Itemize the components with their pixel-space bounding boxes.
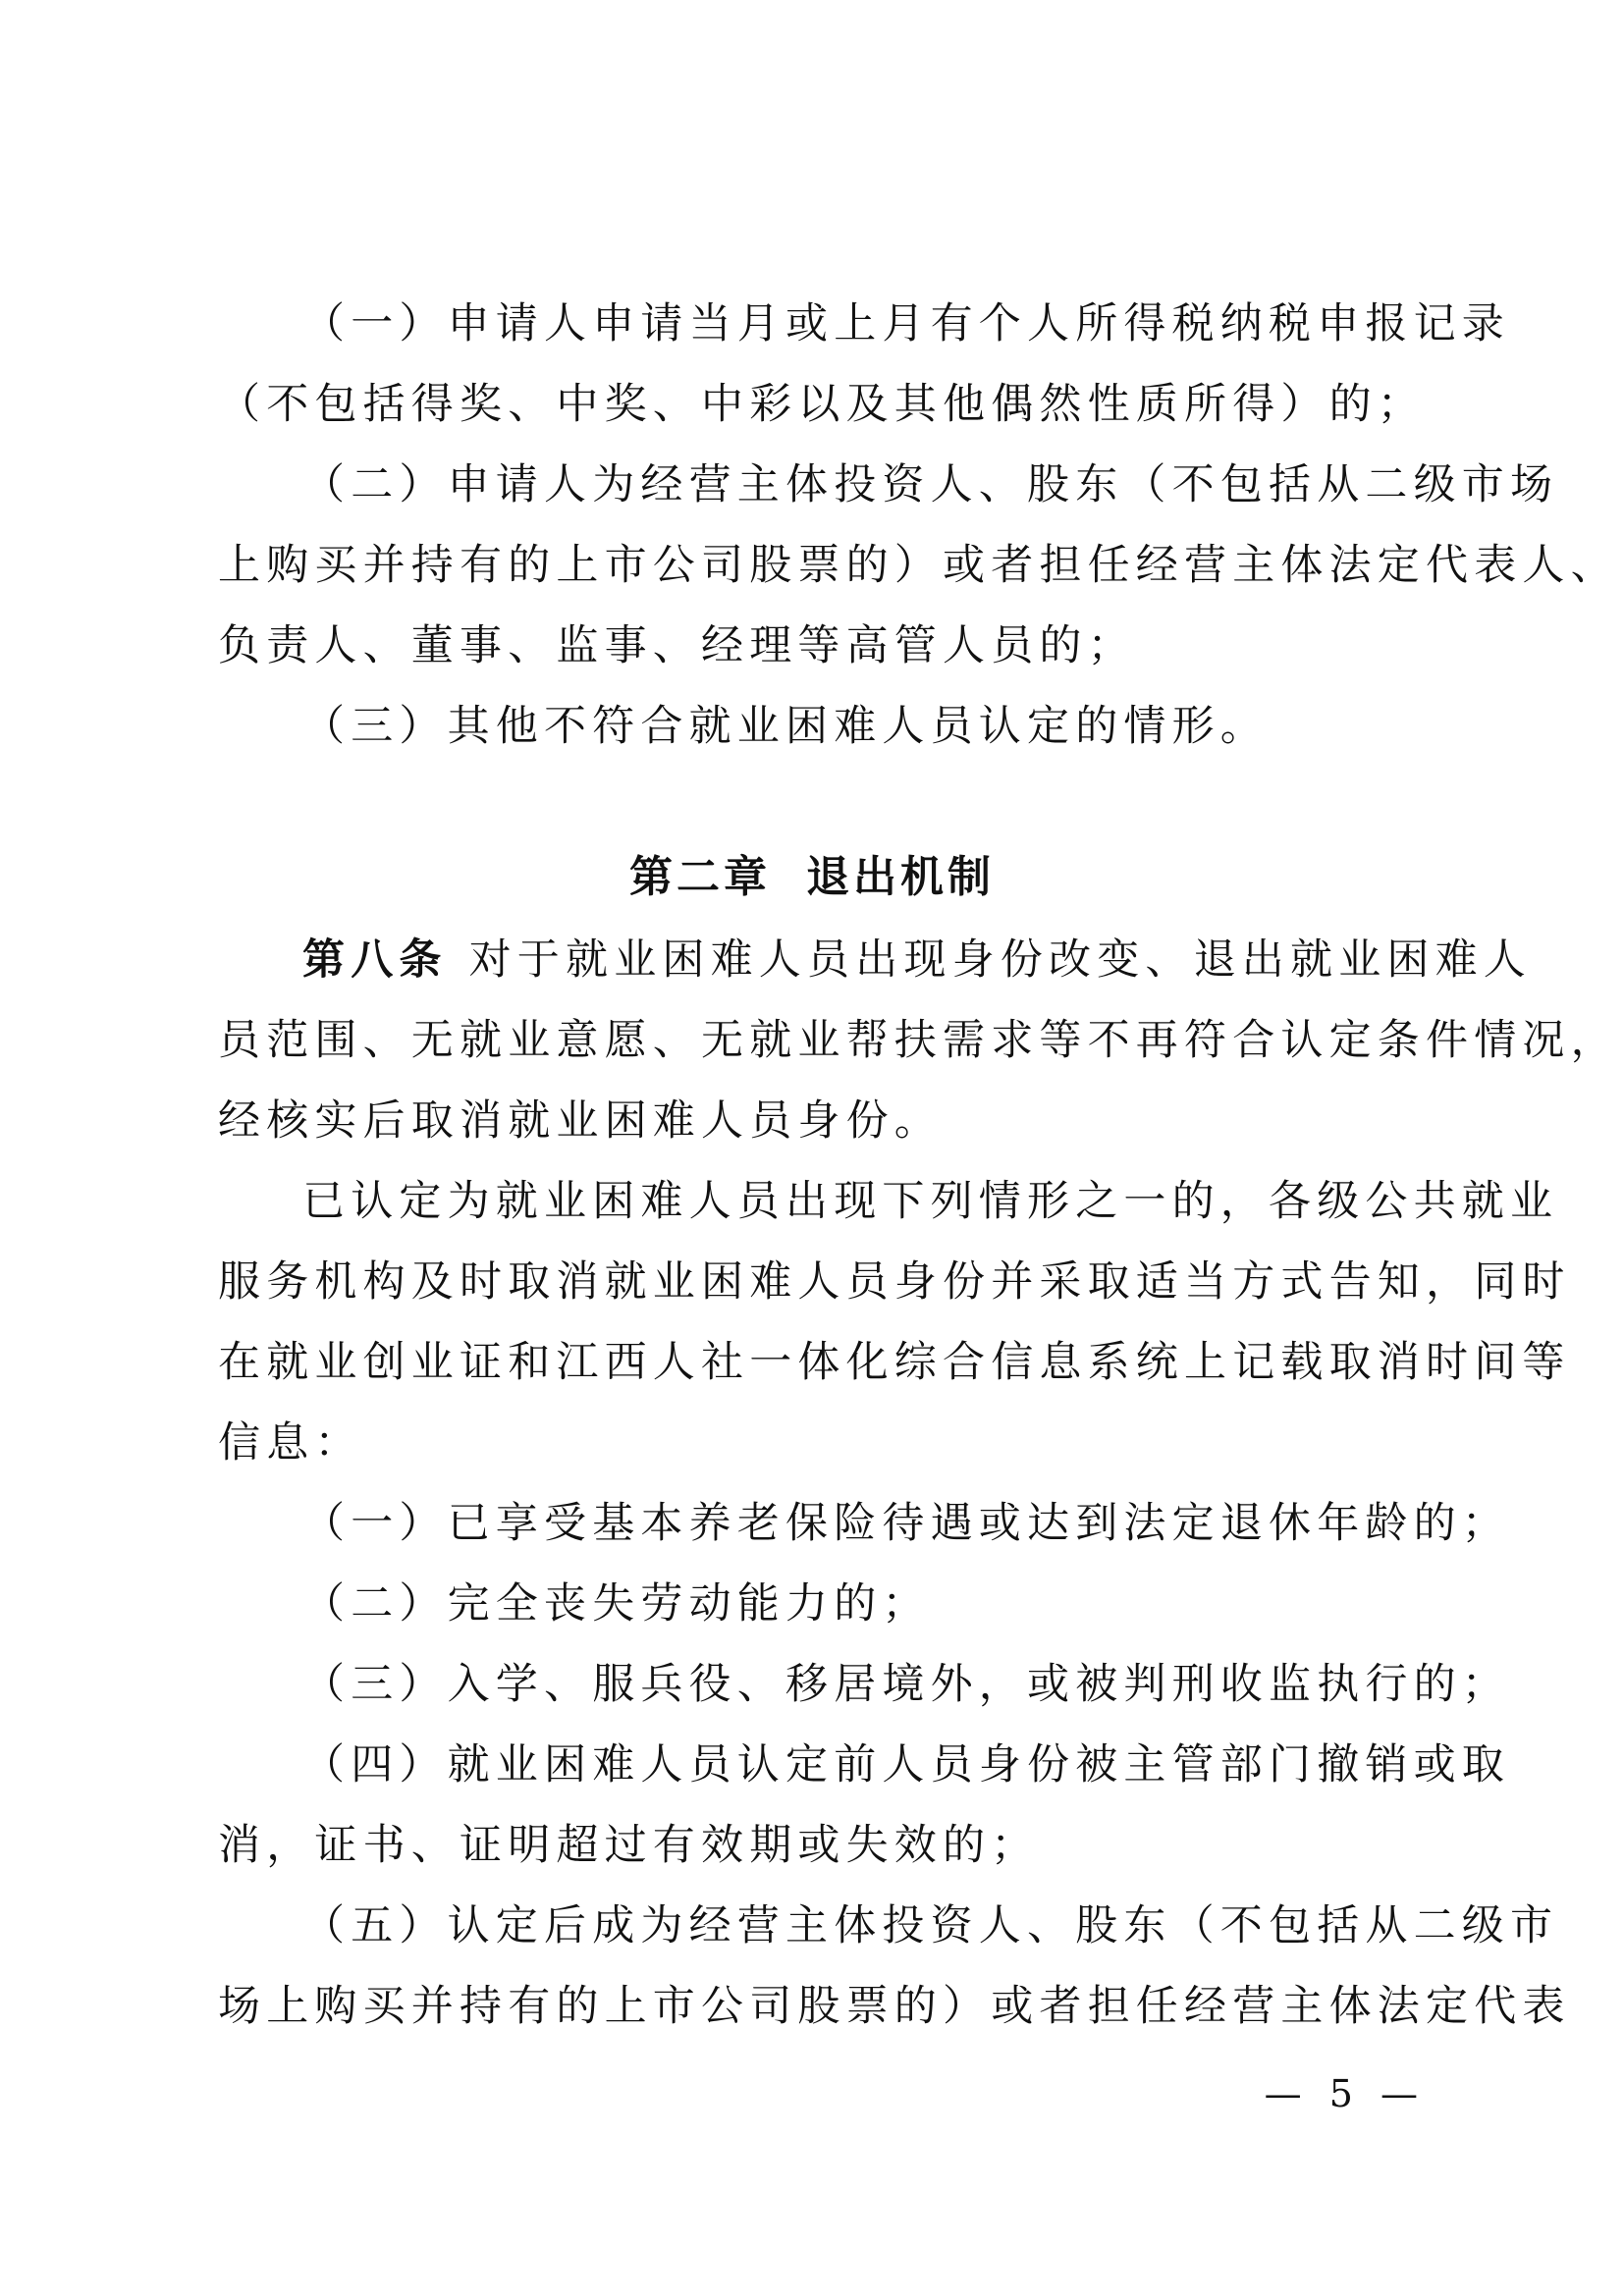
item-3: （三）入学、服兵役、移居境外，或被判刑收监执行的； <box>302 1655 1426 1714</box>
article-8-text: 对于就业困难人员出现身份改变、退出就业困难人 <box>469 935 1532 985</box>
clause-2-line-1: （二）申请人为经营主体投资人、股东（不包括从二级市场 <box>302 455 1426 514</box>
clause-2-line-3: 负责人、董事、监事、经理等高管人员的； <box>218 616 1426 675</box>
clause-1-line-2: （不包括得奖、中奖、中彩以及其他偶然性质所得）的； <box>218 375 1426 434</box>
item-5-line-1: （五）认定后成为经营主体投资人、股东（不包括从二级市 <box>302 1896 1426 1955</box>
paragraph-2-line-1: 已认定为就业困难人员出现下列情形之一的，各级公共就业 <box>302 1172 1426 1231</box>
page-number: — 5 — <box>1265 2069 1426 2118</box>
clause-1-line-1: （一）申请人申请当月或上月有个人所得税纳税申报记录 <box>302 294 1426 353</box>
article-8-line-3: 经核实后取消就业困难人员身份。 <box>218 1092 1426 1150</box>
clause-2-line-2: 上购买并持有的上市公司股票的）或者担任经营主体法定代表人、 <box>218 536 1426 595</box>
document-page: （一）申请人申请当月或上月有个人所得税纳税申报记录 （不包括得奖、中奖、中彩以及… <box>0 0 1624 2296</box>
item-2: （二）完全丧失劳动能力的； <box>302 1575 1426 1633</box>
item-4-line-1: （四）就业困难人员认定前人员身份被主管部门撤销或取 <box>302 1735 1426 1794</box>
item-1: （一）已享受基本养老保险待遇或达到法定退休年龄的； <box>302 1494 1426 1553</box>
chapter-number: 第二章 <box>629 852 771 902</box>
article-8-line-1: 第八条对于就业困难人员出现身份改变、退出就业困难人 <box>302 931 1426 989</box>
paragraph-2-line-3: 在就业创业证和江西人社一体化综合信息系统上记载取消时间等 <box>218 1333 1426 1392</box>
article-label: 第八条 <box>302 935 448 985</box>
clause-3-line-1: （三）其他不符合就业困难人员认定的情形。 <box>302 697 1426 756</box>
paragraph-2-line-4: 信息： <box>218 1414 1426 1472</box>
chapter-title: 退出机制 <box>806 852 995 902</box>
paragraph-2-line-2: 服务机构及时取消就业困难人员身份并采取适当方式告知，同时 <box>218 1253 1426 1311</box>
article-8-line-2: 员范围、无就业意愿、无就业帮扶需求等不再符合认定条件情况， <box>218 1011 1426 1070</box>
item-5-line-2: 场上购买并持有的上市公司股票的）或者担任经营主体法定代表 <box>218 1977 1426 2036</box>
chapter-heading: 第二章退出机制 <box>0 848 1624 907</box>
item-4-line-2: 消，证书、证明超过有效期或失效的； <box>218 1816 1426 1875</box>
